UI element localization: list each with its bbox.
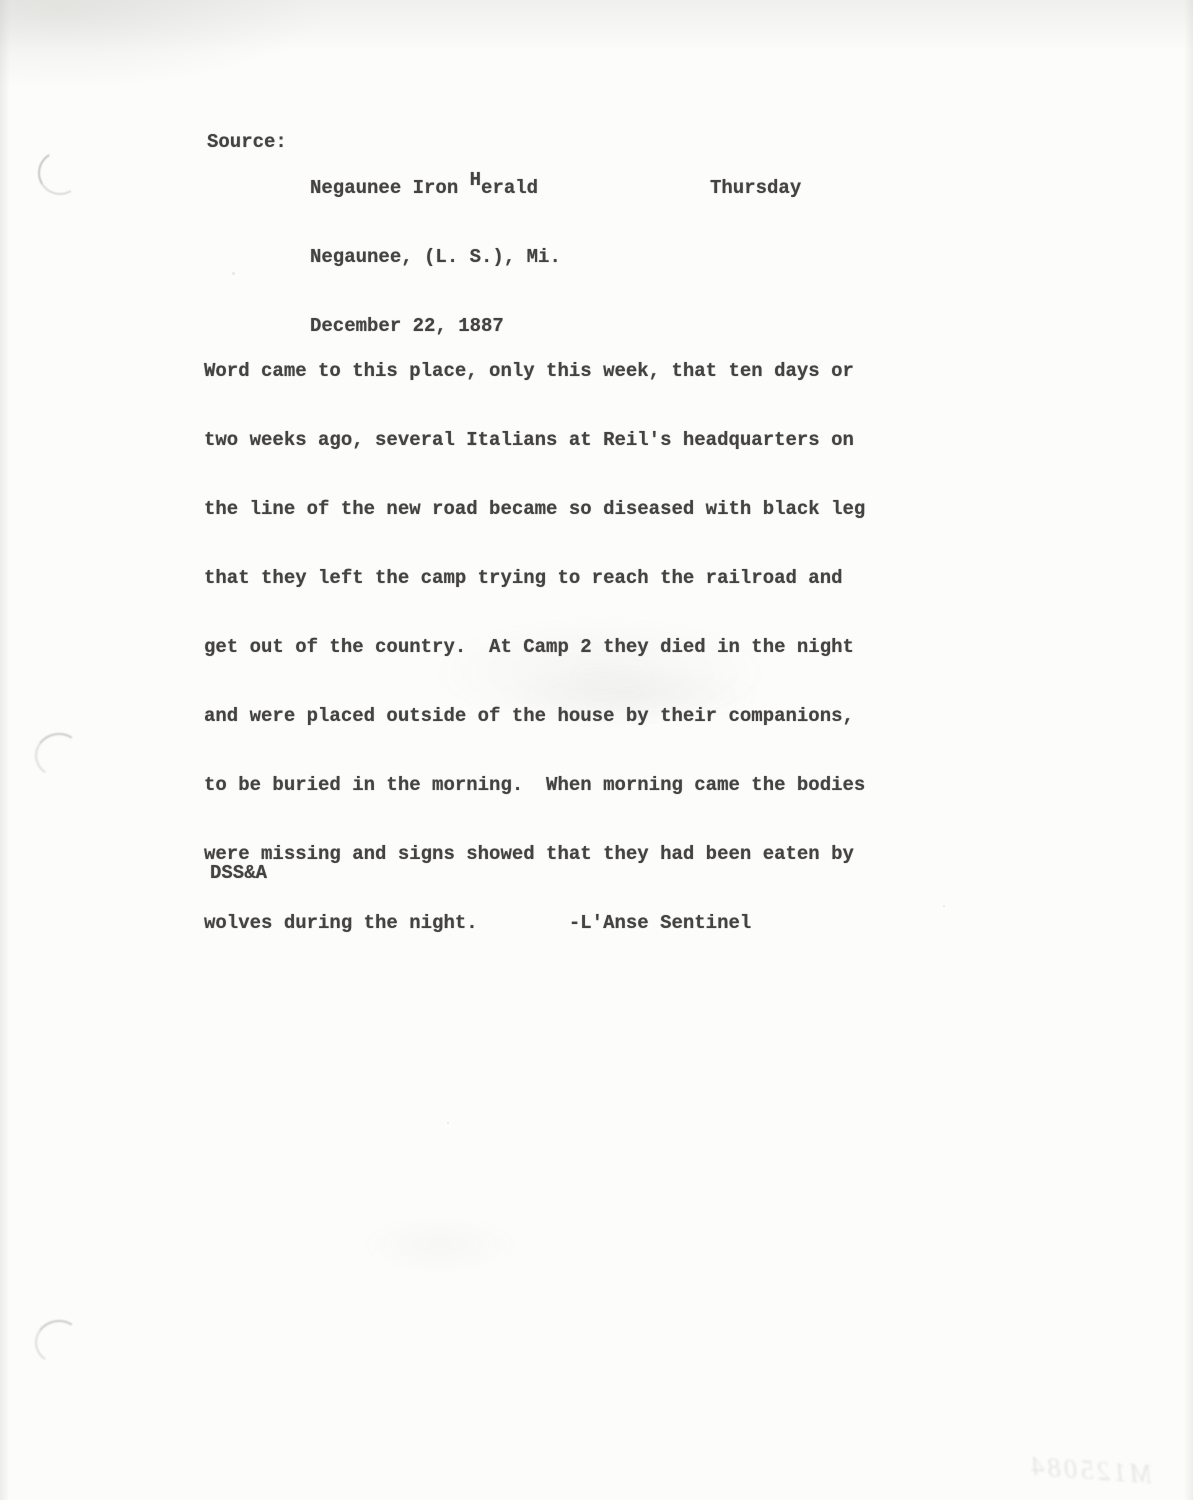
scan-right-edge-shadow (1184, 0, 1193, 1500)
paper-speckle (232, 272, 235, 275)
punch-hole-middle (32, 729, 86, 780)
paper-speckle (447, 1122, 449, 1124)
body-line: two weeks ago, several Italians at Reil'… (204, 429, 865, 452)
body-line: and were placed outside of the house by … (204, 705, 865, 728)
punch-hole-top (33, 146, 86, 199)
body-line: were missing and signs showed that they … (204, 843, 865, 866)
body-line: that they left the camp trying to reach … (204, 567, 865, 590)
location-line: Negaunee, (L. S.), Mi. (310, 246, 561, 269)
paper-speckle (943, 905, 945, 907)
footer-code: DSS&A (210, 862, 267, 885)
scan-left-edge-shadow (0, 0, 10, 1500)
publication-name-pre: Negaunee Iron (310, 177, 470, 199)
body-line: get out of the country. At Camp 2 they d… (204, 636, 865, 659)
source-label: Source: (207, 131, 287, 154)
paper-smudge (360, 1215, 520, 1275)
publication-name-rest: erald (481, 177, 538, 199)
punch-hole-bottom (32, 1316, 86, 1367)
bleed-through-mark: M125084 (1027, 1451, 1153, 1491)
body-line: to be buried in the morning. When mornin… (204, 774, 865, 797)
scan-top-left-wash (0, 0, 330, 90)
body-line: wolves during the night. -L'Anse Sentine… (204, 912, 865, 935)
body-paragraph: Word came to this place, only this week,… (204, 314, 865, 981)
scanned-document-page: Source: Negaunee Iron Herald Negaunee, (… (0, 0, 1193, 1500)
scan-top-edge-shadow (0, 0, 1193, 52)
body-line: Word came to this place, only this week,… (204, 360, 865, 383)
weekday-label: Thursday (710, 177, 801, 200)
publication-superscript-h: H (470, 169, 481, 191)
body-line: the line of the new road became so disea… (204, 498, 865, 521)
publication-line: Negaunee Iron Herald (310, 177, 561, 200)
